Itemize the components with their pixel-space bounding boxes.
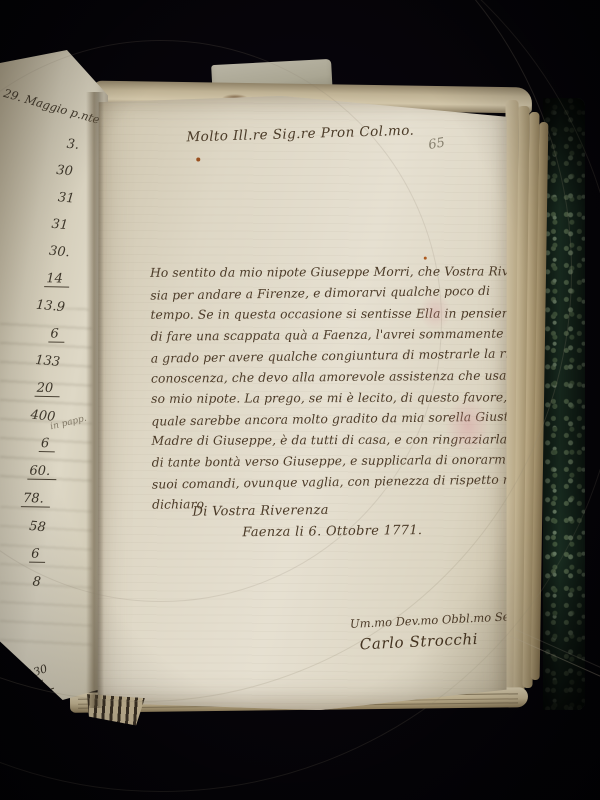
ledger-footer-entry: 4 <box>41 705 59 722</box>
ledger-entry: 60. <box>28 465 57 480</box>
ledger-entry: 133 <box>33 354 67 371</box>
signature-honorific: Um.mo Dev.mo Obbl.mo Servo <box>350 609 529 631</box>
ledger-entry: 6 <box>48 327 65 342</box>
ledger-footer-entry: 202 <box>32 689 63 709</box>
body-line: conoscenza, che devo alla amorevole assi… <box>151 366 503 390</box>
ledger-entry: 30. <box>46 244 76 260</box>
ledger-entry: 31 <box>55 191 81 207</box>
letter-body: Ho sentito da mio nipote Giuseppe Morri,… <box>150 261 504 516</box>
letter-salutation: Molto Ill.re Sig.re Pron Col.mo. <box>186 123 416 146</box>
main-page: Molto Ill.re Sig.re Pron Col.mo. 65 Ho s… <box>91 95 509 711</box>
ledger-entry: 3. <box>64 138 86 154</box>
ledger-entry: 13.9 <box>33 299 71 316</box>
marbled-cover <box>543 98 585 710</box>
ledger-entry: 20 <box>35 382 60 397</box>
photo-background: 29. Maggio p.nte 3.30313130.1413.9613320… <box>0 0 600 800</box>
ledger-column: 3.30313130.1413.9613320400660.78.5868 <box>0 134 86 590</box>
ledger-entry: 8 <box>30 575 47 590</box>
page-number: 65 <box>427 135 446 153</box>
ledger-entry: 6 <box>38 437 55 452</box>
ledger-entry: 58 <box>26 520 52 536</box>
letter-valediction: Di Vostra Riverenza <box>192 503 328 520</box>
ink-dot <box>196 157 200 161</box>
ledger-entry: 30 <box>54 164 80 180</box>
ink-dot <box>424 257 427 260</box>
ledger-footer-entry: 4845 <box>38 715 76 738</box>
ledger-footer-column: 1303120244845 <box>20 660 76 738</box>
ledger-entry: 14 <box>45 272 70 287</box>
ledger-entry: 6 <box>29 548 46 563</box>
body-line: tempo. Se in questa occasione si sentiss… <box>150 303 502 326</box>
letter-dateline: Faenza li 6. Ottobre 1771. <box>242 523 422 540</box>
gutter-shadow <box>86 92 104 708</box>
ledger-entry: 31 <box>49 218 75 234</box>
signature-name: Carlo Strocchi <box>359 630 478 654</box>
manuscript-book: 29. Maggio p.nte 3.30313130.1413.9613320… <box>0 0 600 800</box>
ledger-footer-entry: 31 <box>29 676 54 695</box>
body-line: Madre di Giuseppe, è da tutti di casa, e… <box>151 429 503 452</box>
ledger-entry: 78. <box>21 492 50 507</box>
